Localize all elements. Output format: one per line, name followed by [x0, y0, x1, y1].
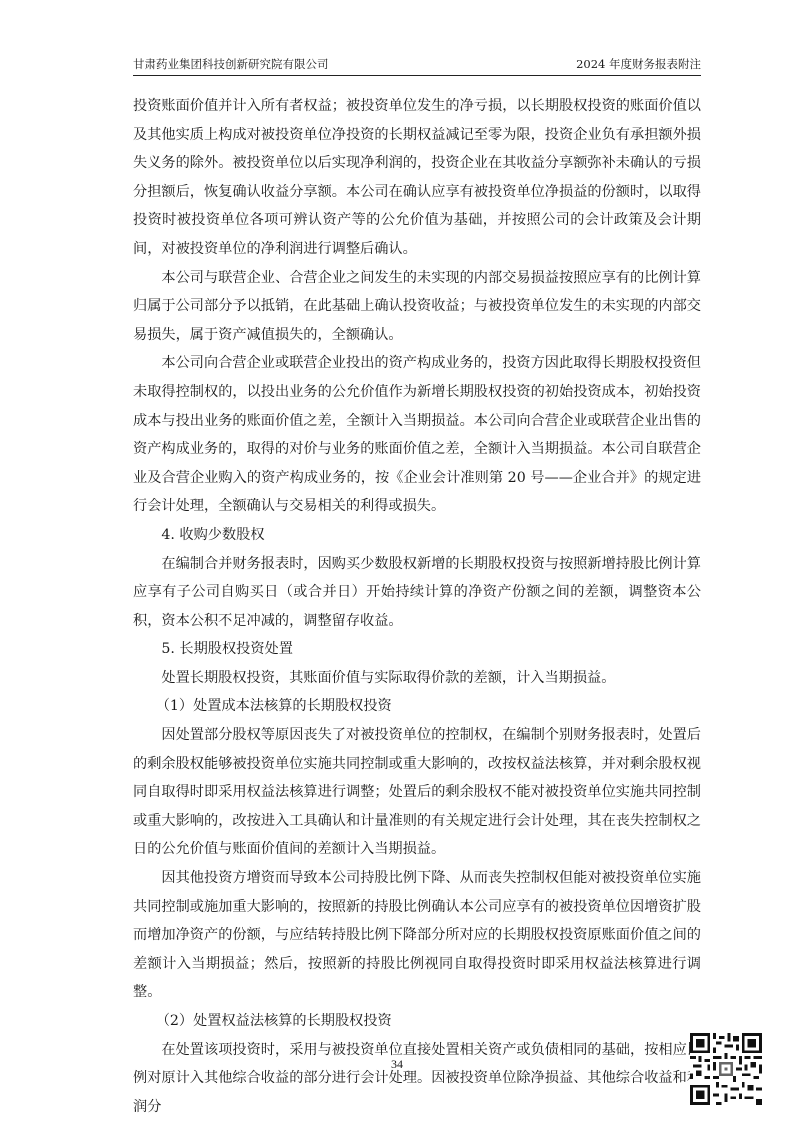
section-heading-4: 4. 收购少数股权: [133, 521, 701, 550]
paragraph: 在处置该项投资时，采用与被投资单位直接处置相关资产或负债相同的基础，按相应比例对…: [133, 1036, 701, 1122]
paragraph-continuation: 投资账面价值并计入所有者权益；被投资单位发生的净亏损，以长期股权投资的账面价值以…: [133, 92, 701, 264]
page-header: 甘肃药业集团科技创新研究院有限公司 2024 年度财务报表附注: [133, 55, 701, 76]
page-number: 34: [0, 1057, 794, 1072]
paragraph: 因处置部分股权等原因丧失了对被投资单位的控制权，在编制个别财务报表时，处置后的剩…: [133, 721, 701, 864]
document-body: 投资账面价值并计入所有者权益；被投资单位发生的净亏损，以长期股权投资的账面价值以…: [133, 92, 701, 1121]
paragraph: 在编制合并财务报表时，因购买少数股权新增的长期股权投资与按照新增持股比例计算应享…: [133, 550, 701, 636]
paragraph: 本公司向合营企业或联营企业投出的资产构成业务的，投资方因此取得长期股权投资但未取…: [133, 349, 701, 521]
qr-code-icon: [690, 1033, 762, 1105]
header-company: 甘肃药业集团科技创新研究院有限公司: [133, 56, 329, 72]
paragraph: 本公司与联营企业、合营企业之间发生的未实现的内部交易损益按照应享有的比例计算归属…: [133, 264, 701, 350]
header-document-title: 2024 年度财务报表附注: [576, 56, 701, 72]
paragraph: 因其他投资方增资而导致本公司持股比例下降、从而丧失控制权但能对被投资单位实施共同…: [133, 864, 701, 1007]
paragraph: 处置长期股权投资，其账面价值与实际取得价款的差额，计入当期损益。: [133, 664, 701, 693]
subsection-heading-1: （1）处置成本法核算的长期股权投资: [133, 692, 701, 721]
subsection-heading-2: （2）处置权益法核算的长期股权投资: [133, 1007, 701, 1036]
section-heading-5: 5. 长期股权投资处置: [133, 635, 701, 664]
